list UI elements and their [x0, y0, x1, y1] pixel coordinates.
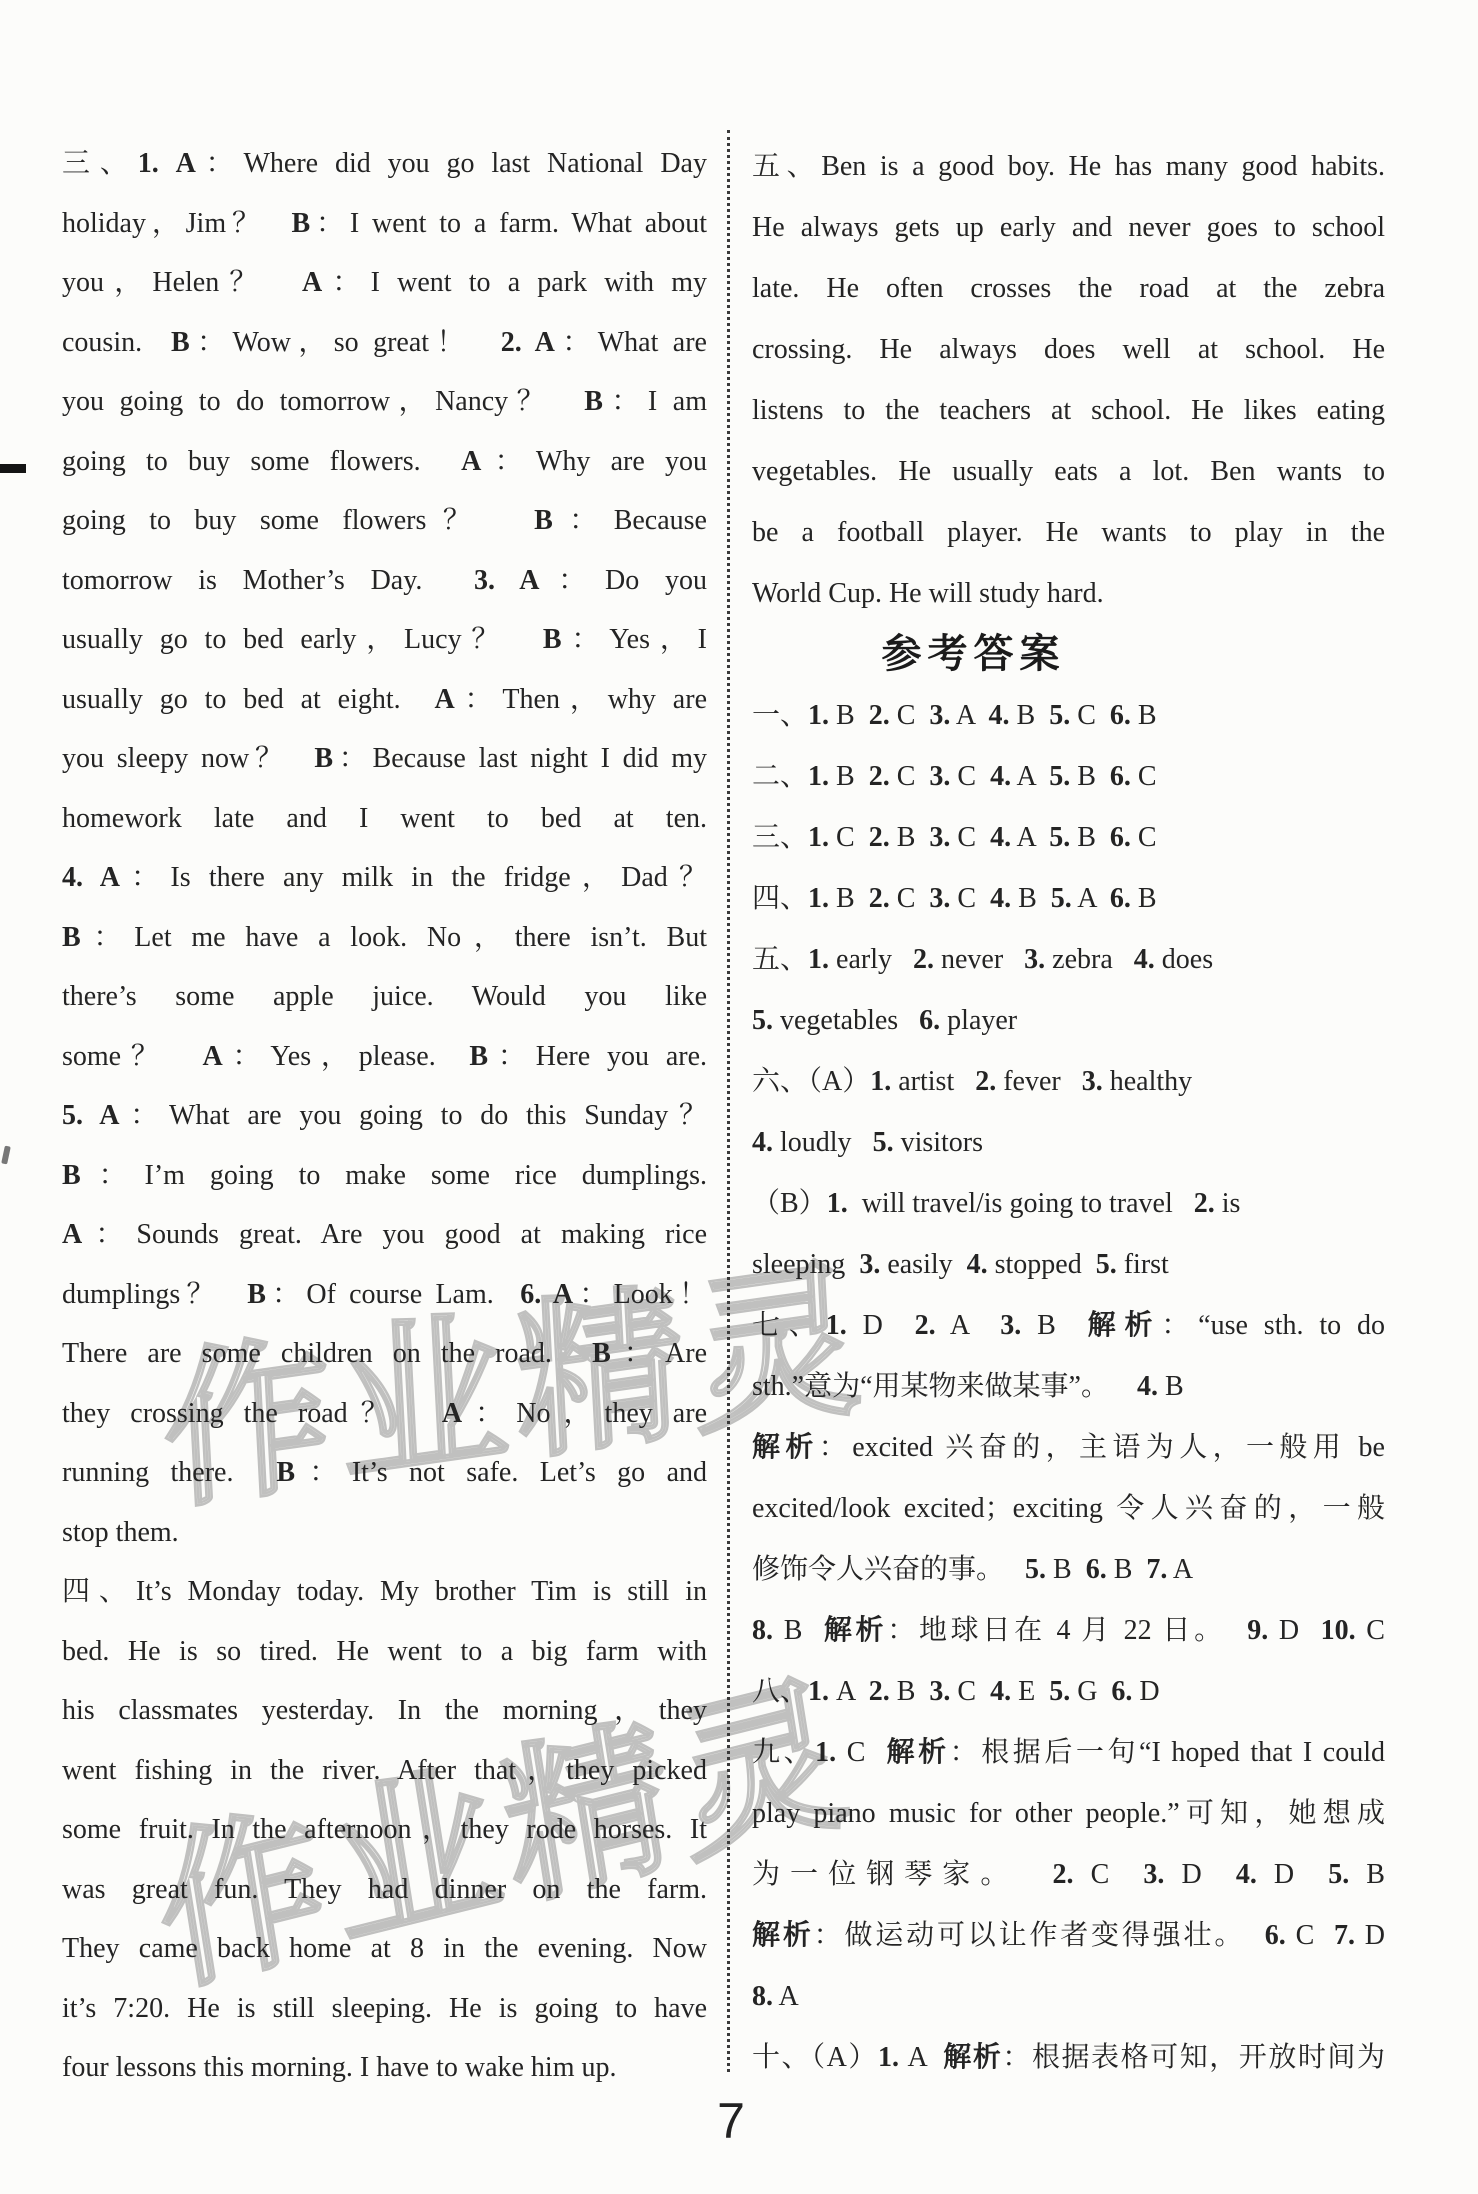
text-line: （B）1. will travel/is going to travel 2. …	[752, 1173, 1385, 1234]
text-line: you going to do tomorrow，Nancy？ B：I am	[62, 372, 707, 432]
text-line: 解析：做运动可以让作者变得强壮。 6. C 7. D	[752, 1905, 1385, 1966]
text-line: usually go to bed at eight. A：Then，why a…	[62, 670, 707, 730]
text-line: you sleepy now？ B：Because last night I d…	[62, 729, 707, 789]
text-line: 六、（A）1. artist 2. fever 3. healthy	[752, 1051, 1385, 1112]
column-divider	[727, 130, 730, 2072]
right-column: 五、Ben is a good boy. He has many good ha…	[752, 136, 1385, 2088]
text-line: running there. B：It’s not safe. Let’s go…	[62, 1443, 707, 1503]
text-line: some？ A：Yes，please. B：Here you are.	[62, 1027, 707, 1087]
text-line: B：I’m going to make some rice dumplings.	[62, 1146, 707, 1206]
text-line: They came back home at 8 in the evening.…	[62, 1919, 707, 1979]
text-line: crossing. He always does well at school.…	[752, 319, 1385, 380]
text-line: you，Helen？ A：I went to a park with my	[62, 253, 707, 313]
text-line: 四、It’s Monday today. My brother Tim is s…	[62, 1562, 707, 1622]
text-line: tomorrow is Mother’s Day. 3. A：Do you	[62, 551, 707, 611]
scanned-answer-page: 作业精灵 作业精灵 三、1. A：Where did you go last N…	[0, 0, 1478, 2194]
text-line: they crossing the road？ A：No，they are	[62, 1384, 707, 1444]
text-line: holiday，Jim？ B：I went to a farm. What ab…	[62, 194, 707, 254]
text-line: be a football player. He wants to play i…	[752, 502, 1385, 563]
text-line: vegetables. He usually eats a lot. Ben w…	[752, 441, 1385, 502]
page-number: 7	[701, 2092, 761, 2150]
text-line: bed. He is so tired. He went to a big fa…	[62, 1622, 707, 1682]
text-line: 八、1. A 2. B 3. C 4. E 5. G 6. D	[752, 1661, 1385, 1722]
text-line: 一、1. B 2. C 3. A 4. B 5. C 6. B	[752, 685, 1385, 746]
answer-key: 一、1. B 2. C 3. A 4. B 5. C 6. B二、1. B 2.…	[752, 685, 1385, 2088]
text-line: 三、1. C 2. B 3. C 4. A 5. B 6. C	[752, 807, 1385, 868]
text-line: 4. A：Is there any milk in the fridge，Dad…	[62, 848, 707, 908]
text-line: going to buy some flowers. A：Why are you	[62, 432, 707, 492]
text-line: 5. vegetables 6. player	[752, 990, 1385, 1051]
text-line: excited/look excited；exciting 令人兴奋的，一般	[752, 1478, 1385, 1539]
text-line: 8. B 解析：地球日在 4 月 22 日。 9. D 10. C	[752, 1600, 1385, 1661]
text-line: 五、Ben is a good boy. He has many good ha…	[752, 136, 1385, 197]
text-line: A：Sounds great. Are you good at making r…	[62, 1205, 707, 1265]
text-line: 4. loudly 5. visitors	[752, 1112, 1385, 1173]
text-line: 十、（A）1. A 解析：根据表格可知，开放时间为	[752, 2027, 1385, 2088]
text-line: 九、1. C 解析：根据后一句“I hoped that I could	[752, 1722, 1385, 1783]
text-line: 二、1. B 2. C 3. C 4. A 5. B 6. C	[752, 746, 1385, 807]
text-line: sleeping 3. easily 4. stopped 5. first	[752, 1234, 1385, 1295]
text-line: stop them.	[62, 1503, 707, 1563]
left-edge-mark	[0, 464, 26, 473]
text-line: World Cup. He will study hard.	[752, 563, 1385, 624]
text-line: 五、1. early 2. never 3. zebra 4. does	[752, 929, 1385, 990]
text-line: going to buy some flowers？ B：Because	[62, 491, 707, 551]
text-line: He always gets up early and never goes t…	[752, 197, 1385, 258]
text-line: listens to the teachers at school. He li…	[752, 380, 1385, 441]
text-line: There are some children on the road. B：A…	[62, 1324, 707, 1384]
text-line: dumplings？ B：Of course Lam. 6. A：Look！	[62, 1265, 707, 1325]
text-line: it’s 7:20. He is still sleeping. He is g…	[62, 1979, 707, 2039]
text-line: his classmates yesterday. In the morning…	[62, 1681, 707, 1741]
text-line: sth.”意为“用某物来做某事”。 4. B	[752, 1356, 1385, 1417]
listening-passage: 五、Ben is a good boy. He has many good ha…	[752, 136, 1385, 624]
text-line: some fruit. In the afternoon，they rode h…	[62, 1800, 707, 1860]
left-edge-tick	[1, 1146, 11, 1165]
text-line: homework late and I went to bed at ten.	[62, 789, 707, 849]
text-line: 解析：excited 兴奋的，主语为人，一般用 be	[752, 1417, 1385, 1478]
text-line: four lessons this morning. I have to wak…	[62, 2038, 707, 2098]
text-line: 5. A：What are you going to do this Sunda…	[62, 1086, 707, 1146]
text-line: 七、1. D 2. A 3. B 解析：“use sth. to do	[752, 1295, 1385, 1356]
text-line: play piano music for other people.”可知，她想…	[752, 1783, 1385, 1844]
text-line: 8. A	[752, 1966, 1385, 2027]
text-line: cousin. B：Wow，so great！ 2. A：What are	[62, 313, 707, 373]
text-line: there’s some apple juice. Would you like	[62, 967, 707, 1027]
text-line: late. He often crosses the road at the z…	[752, 258, 1385, 319]
text-line: 四、1. B 2. C 3. C 4. B 5. A 6. B	[752, 868, 1385, 929]
text-line: went fishing in the river. After that，th…	[62, 1741, 707, 1801]
text-line: was great fun. They had dinner on the fa…	[62, 1860, 707, 1920]
text-line: 修饰令人兴奋的事。 5. B 6. B 7. A	[752, 1539, 1385, 1600]
text-line: 三、1. A：Where did you go last National Da…	[62, 134, 707, 194]
left-column: 三、1. A：Where did you go last National Da…	[62, 134, 707, 2098]
answers-heading: 参考答案	[752, 624, 1385, 685]
text-line: 为一位钢琴家。 2. C 3. D 4. D 5. B	[752, 1844, 1385, 1905]
text-line: usually go to bed early，Lucy？ B：Yes，I	[62, 610, 707, 670]
text-line: B：Let me have a look. No，there isn’t. Bu…	[62, 908, 707, 968]
